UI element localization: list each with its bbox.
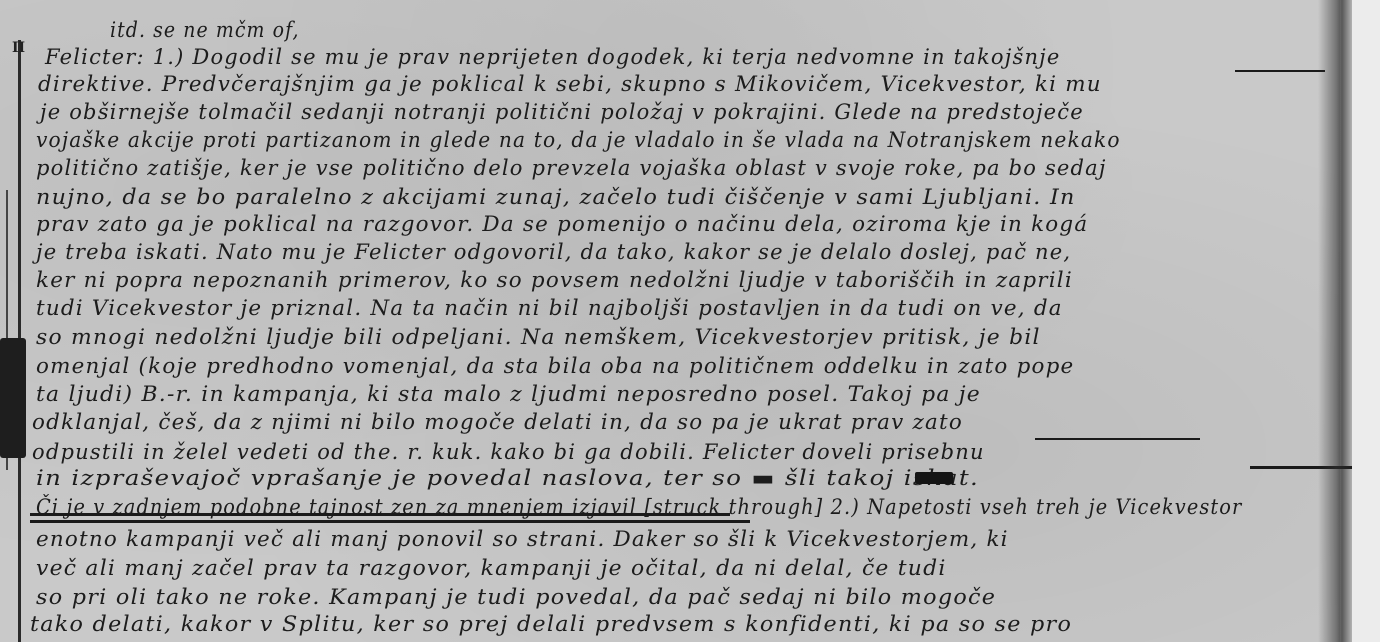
manuscript-line: itd. se ne mčm of,: [110, 18, 300, 42]
manuscript-line: nujno, da se bo paralelno z akcijami zun…: [36, 185, 1076, 209]
manuscript-line: so pri oli tako ne roke. Kampanj je tudi…: [36, 585, 996, 609]
manuscript-line: so mnogi nedolžni ljudje bili odpeljani.…: [36, 325, 1041, 349]
manuscript-line: ker ni popra nepoznanih primerov, ko so …: [36, 268, 1073, 292]
background-surface: [1352, 0, 1380, 642]
manuscript-line: politično zatišje, ker je vse politično …: [36, 156, 1107, 180]
manuscript-line: ta ljudi) B.-r. in kampanja, ki sta malo…: [36, 382, 981, 406]
manuscript-line: je treba iskati. Nato mu je Felicter odg…: [36, 240, 1071, 264]
manuscript-line: odklanjal, češ, da z njimi ni bilo mogoč…: [32, 410, 963, 434]
manuscript-line: več ali manj začel prav ta razgovor, kam…: [36, 556, 947, 580]
manuscript-line: omenjal (koje predhodno vomenjal, da sta…: [36, 354, 1074, 378]
margin-marker: II: [12, 40, 25, 56]
manuscript-line: Felicter: 1.) Dogodil se mu je prav nepr…: [45, 45, 1061, 69]
manuscript-line: enotno kampanji več ali manj ponovil so …: [36, 527, 1009, 551]
strike-through-line: [30, 513, 730, 516]
manuscript-line: in izpraševajoč vprašanje je povedal nas…: [36, 466, 979, 490]
strike-through-line: [30, 520, 750, 523]
margin-ink-blot: [0, 338, 26, 458]
ink-blot: [915, 472, 953, 484]
manuscript-line: tako delati, kakor v Splitu, ker so prej…: [30, 612, 1072, 636]
underline-mark: [1235, 70, 1325, 72]
manuscript-line: je obširnejše tolmačil sedanji notranji …: [40, 100, 1084, 124]
manuscript-line: tudi Vicekvestor je priznal. Na ta način…: [36, 296, 1063, 320]
manuscript-line: vojaške akcije proti partizanom in glede…: [36, 128, 1121, 152]
manuscript-line: odpustili in želel vedeti od the. r. kuk…: [32, 440, 985, 464]
manuscript-line: direktive. Predvčerajšnjim ga je poklica…: [38, 72, 1102, 96]
manuscript-page: II itd. se ne mčm of, Felicter: 1.) Dogo…: [0, 0, 1340, 642]
manuscript-line: prav zato ga je poklical na razgovor. Da…: [36, 212, 1088, 236]
underline-mark: [1035, 438, 1200, 440]
